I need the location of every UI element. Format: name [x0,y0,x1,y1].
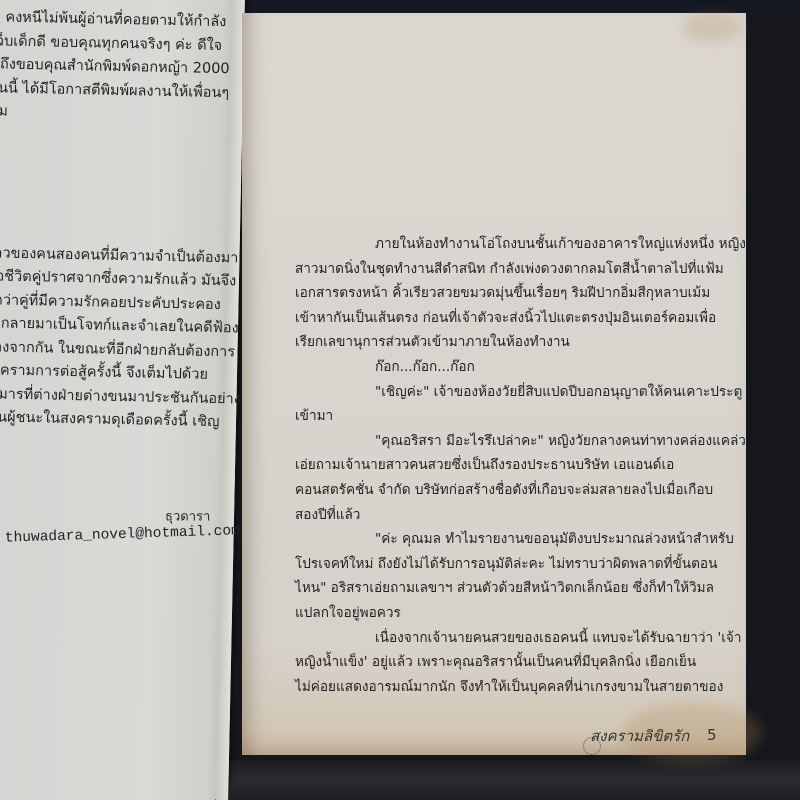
page-number: 5 [707,726,717,744]
text-line: เรียกเลขานุการส่วนตัวเข้ามาภายในห้องทำงา… [295,330,715,355]
text-line: ไหน" อริสราเอ่ยถามเลขาฯ ส่วนตัวด้วยสีหน้… [295,576,715,601]
paper-stain [682,13,742,43]
right-page: ภายในห้องทำงานโอ่โถงบนชั้นเก้าของอาคารให… [242,13,746,755]
text-line: สาวมาดนิ่งในชุดทำงานสีดำสนิท กำลังเพ่งดว… [295,257,715,282]
left-page: ด คงหนีไม่พ้นผู้อ่านที่คอยตามให้กำลัง เว… [0,0,245,800]
text-line: "เชิญค่ะ" เจ้าของห้องวัยยี่สิบแปดปีบอกอน… [295,380,715,405]
text-line: เอ่ยถามเจ้านายสาวคนสวยซึ่งเป็นถึงรองประธ… [295,453,715,478]
text-line: สองปีที่แล้ว [295,503,715,528]
text-line: เป็นผู้ชนะในสงครามดุเดือดครั้งนี้ เชิญ [0,406,203,434]
text-line: แปลกใจอยู่พอควร [295,601,715,626]
text-line: เข้าหากันเป็นเส้นตรง ก่อนที่เจ้าตัวจะส่ง… [295,306,715,331]
text-line: "ค่ะ คุณมล ทำไมรายงานขออนุมัติงบประมาณล่… [295,527,715,552]
text-line: เข้ามา [295,404,715,429]
text-line: ภายในห้องทำงานโอ่โถงบนชั้นเก้าของอาคารให… [295,232,715,257]
right-page-text: ภายในห้องทำงานโอ่โถงบนชั้นเก้าของอาคารให… [295,232,715,699]
text-line: "คุณอริสรา มีอะไรรึเปล่าคะ" หญิงวัยกลางค… [295,429,715,454]
book-title-footer: สงครามลิขิตรัก [590,724,689,748]
text-line: ก๊อก...ก๊อก...ก๊อก [295,355,715,380]
author-email: thuwadara_novel@hotmail.com [5,523,240,546]
text-line: เนื่องจากเจ้านายคนสวยของเธอคนนี้ แทบจะได… [295,626,715,651]
text-line: ไม่ค่อยแสดงอารมณ์มากนัก จึงทำให้เป็นบุคค… [295,675,715,700]
text-line: คอนสตรัคชั่น จำกัด บริษัทก่อสร้างชื่อดัง… [295,478,715,503]
text-line: ล่ม [0,100,210,128]
text-line: โปรเจคท์ใหม่ ถึงยังไม่ได้รับการอนุมัติล่… [295,552,715,577]
text-line: เอกสารตรงหน้า คิ้วเรียวสวยขมวดมุ่นขึ้นเร… [295,281,715,306]
text-line: หญิงน้ำแข็ง' อยู่แล้ว เพราะคุณอริสรานั้น… [295,650,715,675]
left-page-text: ด คงหนีไม่พ้นผู้อ่านที่คอยตามให้กำลัง เว… [0,6,212,434]
